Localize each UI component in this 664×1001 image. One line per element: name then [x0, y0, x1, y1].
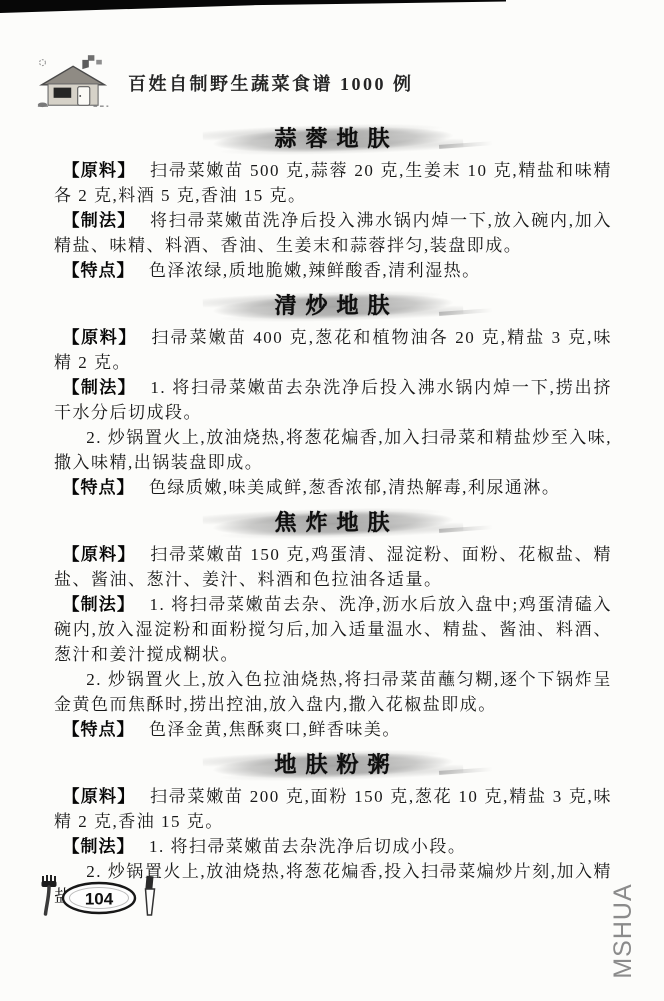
method-step-1: 1. 将扫帚菜嫩苗去杂、洗净,沥水后放入盘中;鸡蛋清磕入碗内,放入湿淀粉和面粉搅…	[54, 595, 612, 664]
method-text: 将扫帚菜嫩苗洗净后投入沸水锅内焯一下,放入碗内,加入精盐、味精、料酒、香油、生姜…	[54, 211, 612, 255]
features-label: 【特点】	[63, 261, 135, 280]
features-paragraph: 【特点】色泽浓绿,质地脆嫩,辣鲜酸香,清利湿热。	[54, 258, 612, 283]
method-label: 【制法】	[63, 595, 136, 614]
ingredients-text: 扫帚菜嫩苗 200 克,面粉 150 克,葱花 10 克,精盐 3 克,味精 2…	[54, 787, 612, 831]
method-paragraph: 【制法】1. 将扫帚菜嫩苗去杂洗净后切成小段。	[54, 834, 612, 859]
method-label: 【制法】	[63, 378, 136, 397]
features-text: 色绿质嫩,味美咸鲜,葱香浓郁,清热解毒,利尿通淋。	[149, 478, 561, 497]
recipe-title: 焦炸地肤	[267, 510, 398, 535]
book-title: 百姓自制野生蔬菜食谱 1000 例	[128, 70, 414, 96]
knife-icon	[145, 876, 154, 915]
method-step-paragraph: 2. 炒锅置火上,放入色拉油烧热,将扫帚菜苗蘸匀糊,逐个下锅炸呈金黄色而焦酥时,…	[54, 667, 612, 717]
ingredients-label: 【原料】	[63, 545, 136, 564]
recipe-title: 地肤粉粥	[267, 752, 398, 777]
ingredients-text: 扫帚菜嫩苗 400 克,葱花和植物油各 20 克,精盐 3 克,味精 2 克。	[54, 328, 612, 372]
ingredients-paragraph: 【原料】扫帚菜嫩苗 500 克,蒜蓉 20 克,生姜末 10 克,精盐和味精各 …	[54, 158, 612, 208]
recipe-section-jiaozha-difu: 焦炸地肤 【原料】扫帚菜嫩苗 150 克,鸡蛋清、湿淀粉、面粉、花椒盐、精盐、酱…	[54, 508, 612, 742]
features-text: 色泽浓绿,质地脆嫩,辣鲜酸香,清利湿热。	[149, 261, 481, 280]
ingredients-paragraph: 【原料】扫帚菜嫩苗 400 克,葱花和植物油各 20 克,精盐 3 克,味精 2…	[54, 325, 612, 375]
method-step-2: 2. 炒锅置火上,放入色拉油烧热,将扫帚菜苗蘸匀糊,逐个下锅炸呈金黄色而焦酥时,…	[54, 670, 612, 714]
page-number: 104	[85, 890, 114, 909]
recipe-title-badge: 蒜蓉地肤	[225, 124, 441, 154]
method-label: 【制法】	[63, 211, 136, 230]
page-body: 蒜蓉地肤 【原料】扫帚菜嫩苗 500 克,蒜蓉 20 克,生姜末 10 克,精盐…	[54, 120, 612, 909]
recipe-title: 清炒地肤	[267, 293, 398, 318]
house-icon	[36, 54, 112, 112]
ingredients-label: 【原料】	[63, 328, 137, 347]
page-number-plate: 104	[30, 872, 164, 918]
method-step-paragraph: 2. 炒锅置火上,放油烧热,将葱花煸香,加入扫帚菜和精盐炒至入味,撒入味精,出锅…	[54, 425, 612, 475]
method-paragraph: 【制法】1. 将扫帚菜嫩苗去杂洗净后投入沸水锅内焯一下,捞出挤干水分后切成段。	[54, 375, 612, 425]
watermark: MSHUA	[609, 871, 639, 991]
recipe-title-badge: 焦炸地肤	[225, 508, 441, 538]
ingredients-paragraph: 【原料】扫帚菜嫩苗 150 克,鸡蛋清、湿淀粉、面粉、花椒盐、精盐、酱油、葱汁、…	[54, 542, 612, 592]
recipe-section-qingchao-difu: 清炒地肤 【原料】扫帚菜嫩苗 400 克,葱花和植物油各 20 克,精盐 3 克…	[54, 291, 612, 500]
method-step-1: 1. 将扫帚菜嫩苗去杂洗净后切成小段。	[149, 837, 467, 856]
features-paragraph: 【特点】色泽金黄,焦酥爽口,鲜香味美。	[54, 717, 612, 742]
features-paragraph: 【特点】色绿质嫩,味美咸鲜,葱香浓郁,清热解毒,利尿通淋。	[54, 475, 612, 500]
recipe-title: 蒜蓉地肤	[267, 126, 398, 151]
page-header: 百姓自制野生蔬菜食谱 1000 例	[36, 54, 414, 112]
fork-icon	[42, 875, 57, 914]
method-step-2: 2. 炒锅置火上,放油烧热,将葱花煸香,加入扫帚菜和精盐炒至入味,撒入味精,出锅…	[54, 428, 612, 472]
scan-artifact-band	[0, 0, 506, 13]
features-text: 色泽金黄,焦酥爽口,鲜香味美。	[149, 720, 401, 739]
book-page: 百姓自制野生蔬菜食谱 1000 例 蒜蓉地肤 【原料】扫帚菜嫩苗 500 克,蒜…	[0, 0, 664, 1001]
method-step-1: 1. 将扫帚菜嫩苗去杂洗净后投入沸水锅内焯一下,捞出挤干水分后切成段。	[54, 378, 612, 422]
recipe-title-badge: 清炒地肤	[225, 291, 441, 321]
method-paragraph: 【制法】将扫帚菜嫩苗洗净后投入沸水锅内焯一下,放入碗内,加入精盐、味精、料酒、香…	[54, 208, 612, 258]
ingredients-label: 【原料】	[63, 787, 136, 806]
method-paragraph: 【制法】1. 将扫帚菜嫩苗去杂、洗净,沥水后放入盘中;鸡蛋清磕入碗内,放入湿淀粉…	[54, 592, 612, 667]
ingredients-paragraph: 【原料】扫帚菜嫩苗 200 克,面粉 150 克,葱花 10 克,精盐 3 克,…	[54, 784, 612, 834]
recipe-section-suanrong-difu: 蒜蓉地肤 【原料】扫帚菜嫩苗 500 克,蒜蓉 20 克,生姜末 10 克,精盐…	[54, 124, 612, 283]
features-label: 【特点】	[63, 478, 135, 497]
method-label: 【制法】	[63, 837, 135, 856]
plate-icon: 104	[63, 883, 135, 913]
ingredients-text: 扫帚菜嫩苗 150 克,鸡蛋清、湿淀粉、面粉、花椒盐、精盐、酱油、葱汁、姜汁、料…	[54, 545, 612, 589]
ingredients-text: 扫帚菜嫩苗 500 克,蒜蓉 20 克,生姜末 10 克,精盐和味精各 2 克,…	[54, 161, 612, 205]
recipe-title-badge: 地肤粉粥	[225, 750, 441, 780]
ingredients-label: 【原料】	[63, 161, 136, 180]
features-label: 【特点】	[63, 720, 135, 739]
